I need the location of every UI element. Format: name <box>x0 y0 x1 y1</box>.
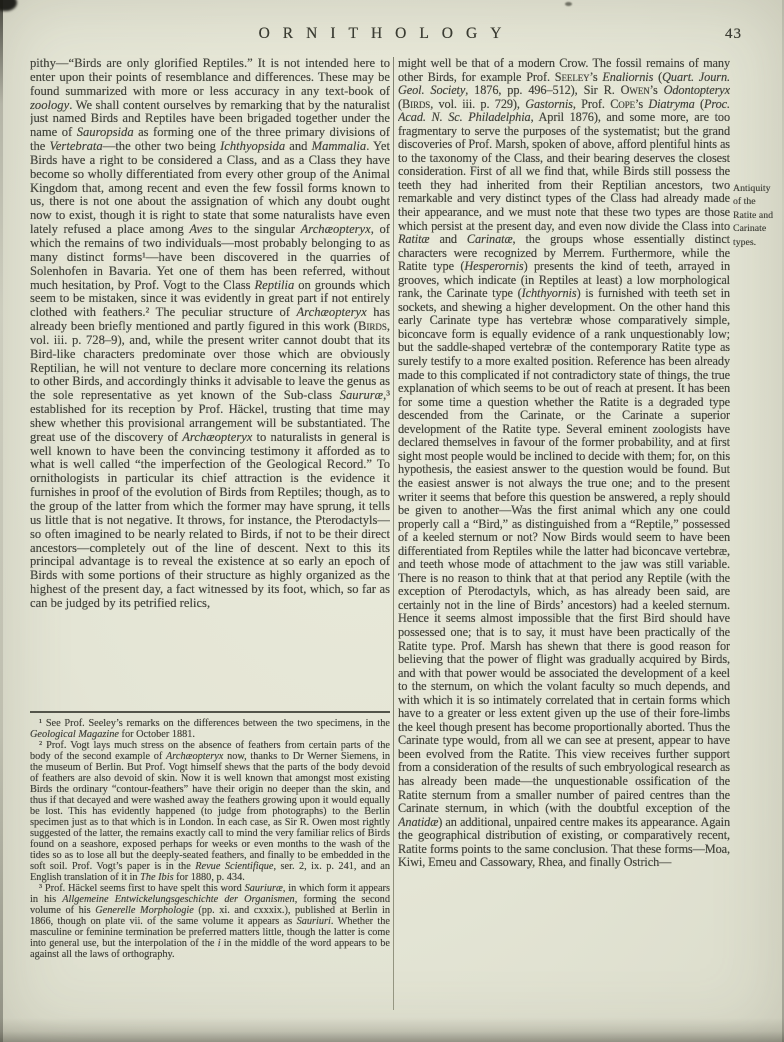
text-columns: pithy—“Birds are only glorified Reptiles… <box>30 57 730 1010</box>
footnote: ³ Prof. Häckel seems first to have spelt… <box>30 883 390 960</box>
page-header: ORNITHOLOGY 43 <box>30 25 742 49</box>
page-left-edge-shadow <box>0 0 3 1042</box>
footnotes-section: ¹ See Prof. Seeley’s remarks on the diff… <box>30 718 390 1008</box>
right-column-body-text: might well be that of a modern Crow. The… <box>398 57 730 1010</box>
footnote: ¹ See Prof. Seeley’s remarks on the diff… <box>30 718 390 740</box>
page-title: ORNITHOLOGY <box>30 25 730 43</box>
column-divider-rule <box>393 57 394 1010</box>
footnote-rule <box>30 711 390 713</box>
right-column: might well be that of a modern Crow. The… <box>398 57 730 1010</box>
left-column-body-text: pithy—“Birds are only glorified Reptiles… <box>30 57 390 708</box>
left-column: pithy—“Birds are only glorified Reptiles… <box>30 57 390 1010</box>
margin-note: Antiquity of the Ratite and Carinate typ… <box>733 182 780 249</box>
book-page: ORNITHOLOGY 43 pithy—“Birds are only glo… <box>0 0 784 1042</box>
page-bottom-shadow <box>0 1018 784 1042</box>
footnote: ² Prof. Vogt lays much stress on the abs… <box>30 740 390 884</box>
ink-speck <box>565 2 572 6</box>
page-number: 43 <box>725 26 742 43</box>
